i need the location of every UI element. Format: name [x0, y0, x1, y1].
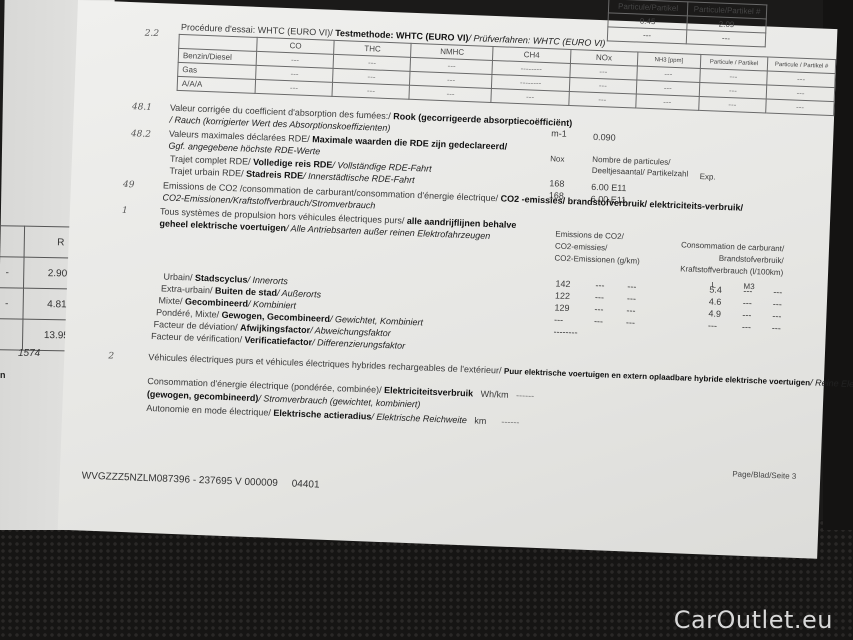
co2-value: 122 [555, 291, 570, 302]
vin-line: WVGZZZ5NZLM087396 - 237695 V 000009 0440… [82, 470, 320, 490]
dash-cell: --- [594, 316, 603, 326]
item-number: 48.2 [131, 129, 151, 140]
smoke-unit: m-1 [551, 128, 567, 139]
dash-cell: --- [626, 305, 635, 315]
dash-cell: --- [595, 280, 604, 290]
fuel-value: 4.6 [709, 296, 722, 306]
dash-cell: --- [742, 310, 751, 320]
co2-value: --- [554, 315, 563, 325]
rde-particles: 6.00 E11 [591, 182, 627, 193]
dash-cell: --- [595, 292, 604, 302]
co2-value: -------- [553, 327, 577, 338]
nox-header: Nox [550, 154, 565, 164]
rde-nox: 168 [549, 178, 564, 189]
co2-value: 129 [554, 303, 569, 314]
item-number: 48.1 [132, 102, 152, 113]
caroutlet-watermark: CarOutlet.eu [674, 606, 833, 634]
dash-cell: --- [743, 286, 752, 296]
dash-cell: --- [773, 287, 782, 297]
co2-value: 142 [555, 279, 570, 290]
fuel-value: --- [708, 320, 717, 330]
item-number: 2 [108, 351, 114, 361]
fuel-header: Consommation de carburant/ Brandstofverb… [680, 239, 784, 279]
smoke-value: 0.090 [593, 132, 616, 143]
dash-cell: --- [594, 304, 603, 314]
particles-header: Nombre de particules/ Deeltjesaantal/ Pa… [592, 154, 713, 181]
dash-cell: --- [627, 293, 636, 303]
co2-header: Emissions de CO2/ CO2-emissies/ CO2-Emis… [554, 229, 641, 268]
fuel-value: 4.9 [708, 308, 721, 318]
dash-cell: --- [742, 322, 751, 332]
fuel-value: 5.4 [709, 284, 722, 294]
left-page-value: 1574 [18, 348, 40, 359]
item-number: 1 [122, 206, 128, 216]
left-page-partial-text: n [0, 370, 6, 380]
exp-header: Exp. [700, 172, 716, 182]
dash-cell: --- [773, 299, 782, 309]
document-page: Particule/PartikelParticule/Partikel # 0… [58, 0, 838, 559]
dash-cell: --- [627, 281, 636, 291]
page-number: Page/Blad/Seite 3 [732, 469, 796, 480]
section-number: 2.2 [145, 29, 160, 40]
dash-cell: --- [772, 323, 781, 333]
item-number: 49 [123, 180, 135, 190]
top-particle-table: Particule/PartikelParticule/Partikel # 0… [607, 0, 768, 47]
dash-cell: --- [743, 298, 752, 308]
dash-cell: --- [626, 317, 635, 327]
dash-cell: --- [772, 311, 781, 321]
